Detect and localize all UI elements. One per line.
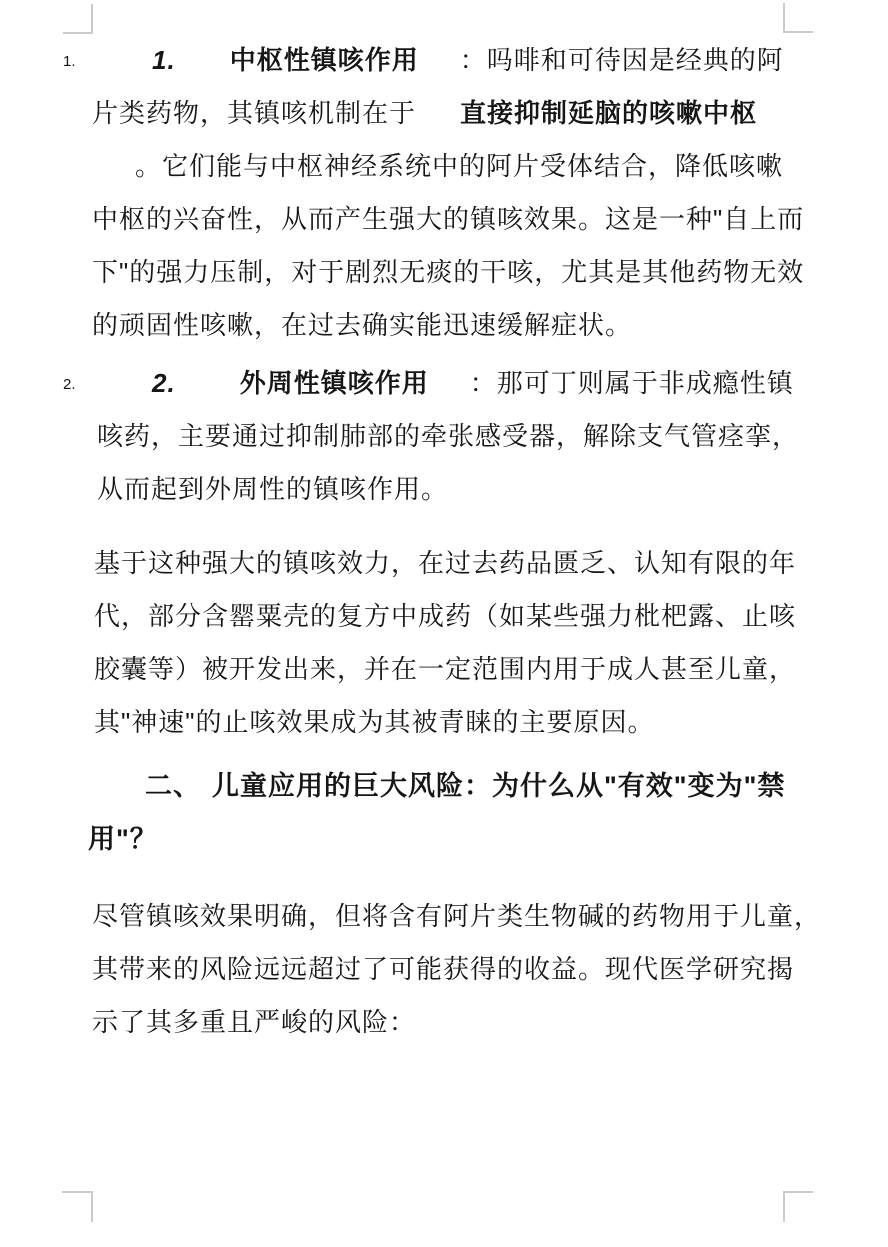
- heading-text-run: 二、: [145, 771, 201, 801]
- list-number: 2.: [152, 368, 176, 398]
- list-number: 1.: [152, 45, 176, 75]
- text-line: 基于这种强大的镇咳效力，在过去药品匮乏、认知有限的年: [94, 537, 808, 590]
- heading-text-run: 用"？: [88, 824, 158, 854]
- list-margin-number: 1.: [63, 54, 76, 69]
- bold-text-run: 直接抑制延脑的咳嗽中枢: [460, 98, 757, 128]
- text-line: 其带来的风险远远超过了可能获得的收益。现代医学研究揭: [92, 943, 808, 996]
- text-run: 示了其多重且严峻的风险：: [92, 1007, 416, 1037]
- text-run: ：那可丁则属于非成瘾性镇: [470, 368, 794, 398]
- text-line: 二、儿童应用的巨大风险：为什么从"有效"变为"禁: [145, 760, 808, 813]
- paragraph: 基于这种强大的镇咳效力，在过去药品匮乏、认知有限的年代，部分含罂粟壳的复方中成药…: [92, 537, 808, 749]
- text-line: 中枢的兴奋性，从而产生强大的镇咳效果。这是一种"自上而: [92, 193, 808, 246]
- tab-space: [201, 794, 212, 795]
- list-margin-number: 2.: [63, 377, 76, 392]
- text-run: 下"的强力压制，对于剧烈无痰的干咳，尤其是其他药物无效: [92, 257, 804, 287]
- text-line: 其"神速"的止咳效果成为其被青睐的主要原因。: [94, 696, 808, 749]
- text-run: 咳药，主要通过抑制肺部的牵张感受器，解除支气管痉挛，: [97, 421, 799, 451]
- text-line: 用"？: [88, 813, 808, 866]
- text-line: 2.外周性镇咳作用：那可丁则属于非成瘾性镇: [152, 357, 808, 410]
- crop-mark-bottom-right-icon: [783, 1191, 813, 1222]
- section-heading: 二、儿童应用的巨大风险：为什么从"有效"变为"禁用"？: [92, 760, 808, 866]
- text-run: 基于这种强大的镇咳效力，在过去药品匮乏、认知有限的年: [94, 548, 796, 578]
- text-run: 的顽固性咳嗽，在过去确实能迅速缓解症状。: [92, 310, 632, 340]
- text-run: 其"神速"的止咳效果成为其被青睐的主要原因。: [94, 707, 654, 737]
- text-run: ：吗啡和可待因是经典的阿: [460, 45, 784, 75]
- tab-space: [176, 68, 230, 69]
- text-run: 片类药物，其镇咳机制在于: [92, 98, 416, 128]
- tab-space: [416, 121, 460, 122]
- tab-space: [176, 391, 240, 392]
- text-line: 胶囊等）被开发出来，并在一定范围内用于成人甚至儿童，: [94, 643, 808, 696]
- tab-space: [429, 391, 470, 392]
- document-content: 1.1.中枢性镇咳作用：吗啡和可待因是经典的阿片类药物，其镇咳机制在于直接抑制延…: [92, 34, 808, 1049]
- text-run: 。它们能与中枢神经系统中的阿片受体结合，降低咳嗽: [135, 151, 783, 181]
- list-item: 1.1.中枢性镇咳作用：吗啡和可待因是经典的阿片类药物，其镇咳机制在于直接抑制延…: [92, 34, 808, 352]
- paragraph: 尽管镇咳效果明确，但将含有阿片类生物碱的药物用于儿童，其带来的风险远远超过了可能…: [92, 890, 808, 1049]
- text-line: 下"的强力压制，对于剧烈无痰的干咳，尤其是其他药物无效: [92, 246, 808, 299]
- bold-text-run: 外周性镇咳作用: [240, 368, 429, 398]
- bold-text-run: 中枢性镇咳作用: [230, 45, 419, 75]
- tab-space: [419, 68, 460, 69]
- text-run: 中枢的兴奋性，从而产生强大的镇咳效果。这是一种"自上而: [92, 204, 804, 234]
- text-run: 从而起到外周性的镇咳作用。: [97, 474, 448, 504]
- document-page: 1.1.中枢性镇咳作用：吗啡和可待因是经典的阿片类药物，其镇咳机制在于直接抑制延…: [0, 0, 888, 1247]
- text-line: 。它们能与中枢神经系统中的阿片受体结合，降低咳嗽: [135, 140, 808, 193]
- text-line: 咳药，主要通过抑制肺部的牵张感受器，解除支气管痉挛，: [97, 410, 808, 463]
- crop-mark-top-right-icon: [783, 3, 813, 33]
- text-line: 尽管镇咳效果明确，但将含有阿片类生物碱的药物用于儿童，: [92, 890, 808, 943]
- text-line: 从而起到外周性的镇咳作用。: [97, 463, 808, 516]
- text-run: 尽管镇咳效果明确，但将含有阿片类生物碱的药物用于儿童，: [92, 901, 821, 931]
- text-line: 示了其多重且严峻的风险：: [92, 996, 808, 1049]
- text-run: 代，部分含罂粟壳的复方中成药（如某些强力枇杷露、止咳: [94, 601, 796, 631]
- text-line: 的顽固性咳嗽，在过去确实能迅速缓解症状。: [92, 299, 808, 352]
- crop-mark-top-left-icon: [63, 4, 93, 34]
- text-run: 胶囊等）被开发出来，并在一定范围内用于成人甚至儿童，: [94, 654, 796, 684]
- list-item: 2.2.外周性镇咳作用：那可丁则属于非成瘾性镇咳药，主要通过抑制肺部的牵张感受器…: [92, 357, 808, 516]
- heading-text-run: 儿童应用的巨大风险：为什么从"有效"变为"禁: [212, 771, 785, 801]
- crop-mark-bottom-left-icon: [62, 1191, 93, 1222]
- text-run: 其带来的风险远远超过了可能获得的收益。现代医学研究揭: [92, 954, 794, 984]
- text-line: 1.中枢性镇咳作用：吗啡和可待因是经典的阿: [152, 34, 808, 87]
- text-line: 片类药物，其镇咳机制在于直接抑制延脑的咳嗽中枢: [92, 87, 808, 140]
- text-line: 代，部分含罂粟壳的复方中成药（如某些强力枇杷露、止咳: [94, 590, 808, 643]
